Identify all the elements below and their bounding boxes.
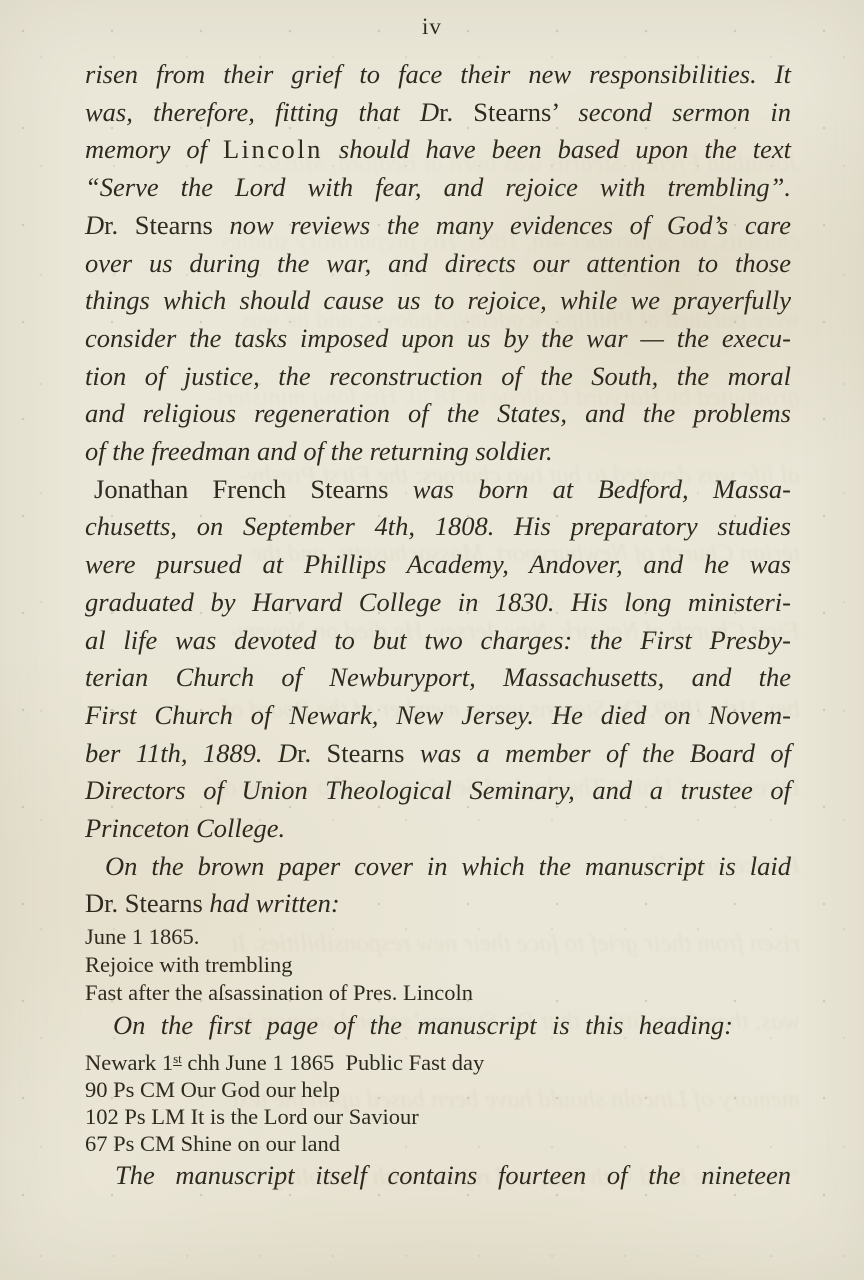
- text-line: 90 Ps CM Our God our help: [85, 1076, 791, 1103]
- text-line: Princeton College.: [85, 810, 791, 848]
- text-segment: chusetts, on September 4th, 1808. His pr…: [85, 511, 791, 541]
- text-segment: graduated by Harvard College in 1830. Hi…: [85, 587, 791, 617]
- text-segment: Princeton College.: [85, 813, 285, 843]
- text-line: 67 Ps CM Shine on our land: [85, 1130, 791, 1157]
- text-line: “Serve the Lord with fear, and rejoice w…: [85, 169, 791, 207]
- text-line: Dr. Stearns had written:: [85, 885, 791, 923]
- text-segment: ber 11th, 1889.: [85, 738, 278, 768]
- text-segment: were pursued at Phillips Academy, Andove…: [85, 549, 791, 579]
- book-page: Jonathan French Stearns was born at Bedf…: [0, 0, 864, 1280]
- text-segment: Directors of Union Theological Seminary,…: [85, 775, 791, 805]
- text-segment: was, therefore, fitting that: [85, 97, 420, 127]
- text-segment: D: [420, 97, 439, 127]
- text-segment: r. Stearns: [104, 210, 229, 240]
- text-segment: On the brown paper cover in which the ma…: [105, 851, 791, 881]
- text-line: al life was devoted to but two charges: …: [85, 622, 791, 660]
- text-segment: June 1 1865.: [85, 924, 199, 949]
- paragraph: The manuscript itself contains fourteen …: [85, 1157, 791, 1195]
- text-segment: Lincoln: [223, 134, 323, 164]
- text-segment: consider the tasks imposed upon us by th…: [85, 323, 791, 353]
- paragraph: Jonathan French Stearns was born at Bedf…: [85, 471, 791, 848]
- text-line: and religious regeneration of the States…: [85, 395, 791, 433]
- text-segment: now reviews the many evidences of God’s …: [229, 210, 791, 240]
- text-segment: Jonathan French Stearns: [94, 474, 413, 504]
- text-segment: r. Stearns’: [439, 97, 578, 127]
- text-segment: and religious regeneration of the States…: [85, 398, 791, 428]
- text-segment: The manuscript itself contains fourteen …: [115, 1160, 791, 1190]
- text-segment: Rejoice with trembling: [85, 952, 292, 977]
- paragraph: On the first page of the manuscript is t…: [85, 1007, 791, 1045]
- text-line: graduated by Harvard College in 1830. Hi…: [85, 584, 791, 622]
- text-line: Fast after the aſsassination of Pres. Li…: [85, 979, 791, 1007]
- text-line: things which should cause us to rejoice,…: [85, 282, 791, 320]
- centered-block: June 1 1865.Rejoice with tremblingFast a…: [85, 923, 791, 1007]
- text-line: Dr. Stearns now reviews the many evidenc…: [85, 207, 791, 245]
- text-line: 102 Ps LM It is the Lord our Saviour: [85, 1103, 791, 1130]
- text-line: Directors of Union Theological Seminary,…: [85, 772, 791, 810]
- text-line: risen from their grief to face their new…: [85, 56, 791, 94]
- text-line: On the brown paper cover in which the ma…: [85, 848, 791, 886]
- text-segment: 90 Ps CM Our God our help: [85, 1077, 340, 1102]
- text-segment: 67 Ps CM Shine on our land: [85, 1131, 340, 1156]
- text-segment: second sermon in: [578, 97, 791, 127]
- text-segment: was a member of the Board of: [420, 738, 791, 768]
- text-segment: r. Stearns: [297, 738, 420, 768]
- text-segment: chh June 1 1865 Public Fast day: [182, 1050, 484, 1075]
- text-segment: D: [278, 738, 297, 768]
- text-segment: 102 Ps LM It is the Lord our Saviour: [85, 1104, 419, 1129]
- text-segment: “Serve the Lord with fear, and rejoice w…: [85, 172, 791, 202]
- text-line: consider the tasks imposed upon us by th…: [85, 320, 791, 358]
- text-segment: Dr. Stearns: [85, 888, 209, 918]
- text-line: Newark 1st chh June 1 1865 Public Fast d…: [85, 1045, 791, 1076]
- text-segment: D: [85, 210, 104, 240]
- text-line: over us during the war, and directs our …: [85, 245, 791, 283]
- text-segment: Fast after the aſsassination of Pres. Li…: [85, 980, 473, 1005]
- text-line: tion of justice, the reconstruction of t…: [85, 358, 791, 396]
- page-number: iv: [0, 13, 864, 41]
- paragraph: risen from their grief to face their new…: [85, 56, 791, 471]
- text-segment: On the first page of the manuscript is t…: [113, 1010, 733, 1040]
- text-line: On the first page of the manuscript is t…: [85, 1007, 733, 1045]
- text-line: terian Church of Newburyport, Massachuse…: [85, 659, 791, 697]
- text-column: risen from their grief to face their new…: [85, 56, 791, 1194]
- text-line: were pursued at Phillips Academy, Andove…: [85, 546, 791, 584]
- text-line: memory of Lincoln should have been based…: [85, 131, 791, 169]
- text-segment: should have been based upon the text: [323, 134, 791, 164]
- text-line: June 1 1865.: [85, 923, 791, 951]
- text-line: was, therefore, fitting that Dr. Stearns…: [85, 94, 791, 132]
- text-line: chusetts, on September 4th, 1808. His pr…: [85, 508, 791, 546]
- text-segment: tion of justice, the reconstruction of t…: [85, 361, 791, 391]
- text-segment: st: [173, 1051, 182, 1066]
- text-segment: Newark 1: [85, 1050, 173, 1075]
- paragraph: On the brown paper cover in which the ma…: [85, 848, 791, 923]
- centered-block: Newark 1st chh June 1 1865 Public Fast d…: [85, 1045, 791, 1157]
- text-segment: First Church of Newark, New Jersey. He d…: [85, 700, 791, 730]
- text-line: of the freedman and of the returning sol…: [85, 433, 791, 471]
- text-line: The manuscript itself contains fourteen …: [85, 1157, 791, 1195]
- text-segment: al life was devoted to but two charges: …: [85, 625, 791, 655]
- text-segment: things which should cause us to rejoice,…: [85, 285, 791, 315]
- text-line: ber 11th, 1889. Dr. Stearns was a member…: [85, 735, 791, 773]
- text-segment: memory of: [85, 134, 223, 164]
- text-segment: over us during the war, and directs our …: [85, 248, 791, 278]
- text-segment: of the freedman and of the returning sol…: [85, 436, 553, 466]
- text-segment: risen from their grief to face their new…: [85, 59, 791, 89]
- text-segment: was born at Bedford, Massa-: [413, 474, 791, 504]
- text-segment: terian Church of Newburyport, Massachuse…: [85, 662, 791, 692]
- text-line: Jonathan French Stearns was born at Bedf…: [85, 471, 791, 509]
- text-line: First Church of Newark, New Jersey. He d…: [85, 697, 791, 735]
- text-line: Rejoice with trembling: [85, 951, 791, 979]
- text-segment: had written:: [209, 888, 339, 918]
